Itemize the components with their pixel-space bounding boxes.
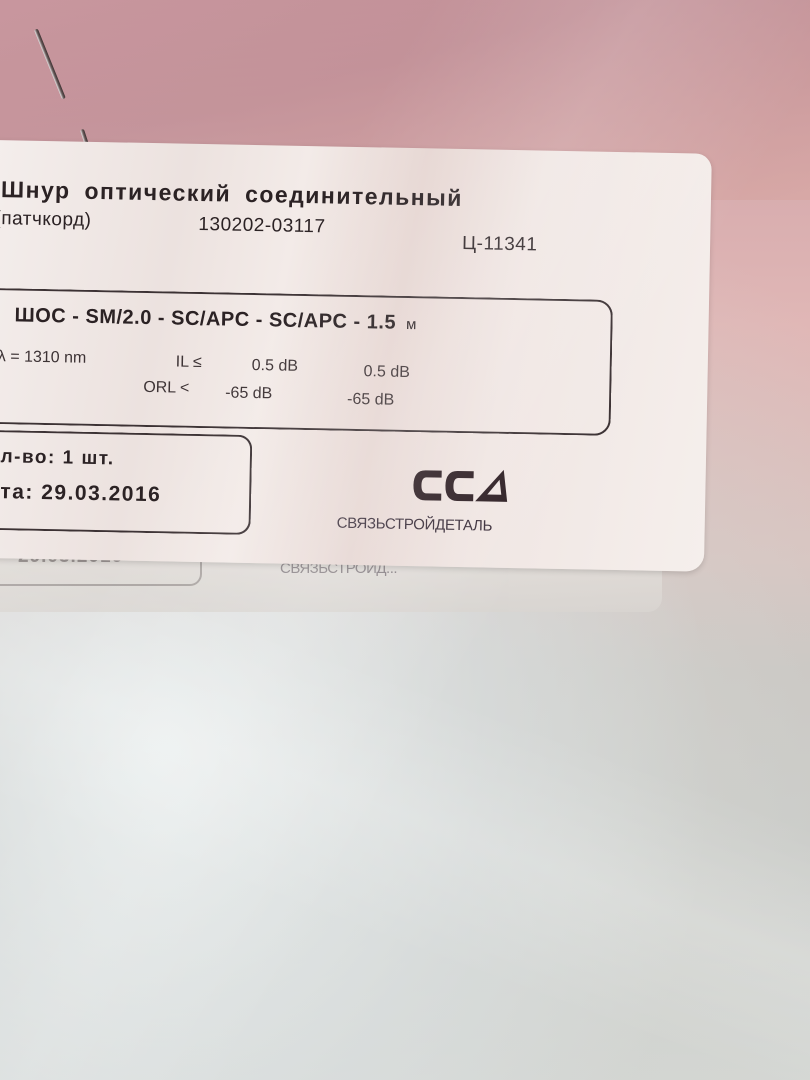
part-number: 130202-03117 <box>198 214 326 238</box>
manufacture-date: ата: 29.03.2016 <box>0 480 162 507</box>
wavelength: λ = 1310 nm <box>0 348 86 368</box>
product-code: Ц-11341 <box>462 233 538 256</box>
brand-name: СВЯЗЬСТРОЙДЕТАЛЬ <box>337 515 493 535</box>
il-value-1: 0.5 dB <box>252 357 299 376</box>
spec-box: ШОС - SM/2.0 - SC/APC - SC/APC - 1.5м λ … <box>0 288 613 436</box>
quantity-date-box: ол-во: 1 шт. ата: 29.03.2016 <box>0 430 252 535</box>
model-designation: ШОС - SM/2.0 - SC/APC - SC/APC - 1.5м <box>14 304 417 335</box>
orl-value-1: -65 dB <box>225 384 272 403</box>
product-title: Шнур оптический соединительный <box>1 176 463 212</box>
model-text: ШОС - SM/2.0 - SC/APC - SC/APC - 1.5 <box>14 304 396 333</box>
quantity: ол-во: 1 шт. <box>0 446 115 470</box>
orl-label: ORL < <box>143 379 189 398</box>
product-label: Шнур оптический соединительный (патчкорд… <box>0 140 712 572</box>
product-subtitle: (патчкорд) <box>0 208 92 232</box>
model-unit: м <box>406 316 417 333</box>
il-label: IL ≤ <box>176 354 202 372</box>
company-logo-icon <box>411 466 512 506</box>
orl-value-2: -65 dB <box>347 391 394 410</box>
il-value-2: 0.5 dB <box>363 363 410 382</box>
